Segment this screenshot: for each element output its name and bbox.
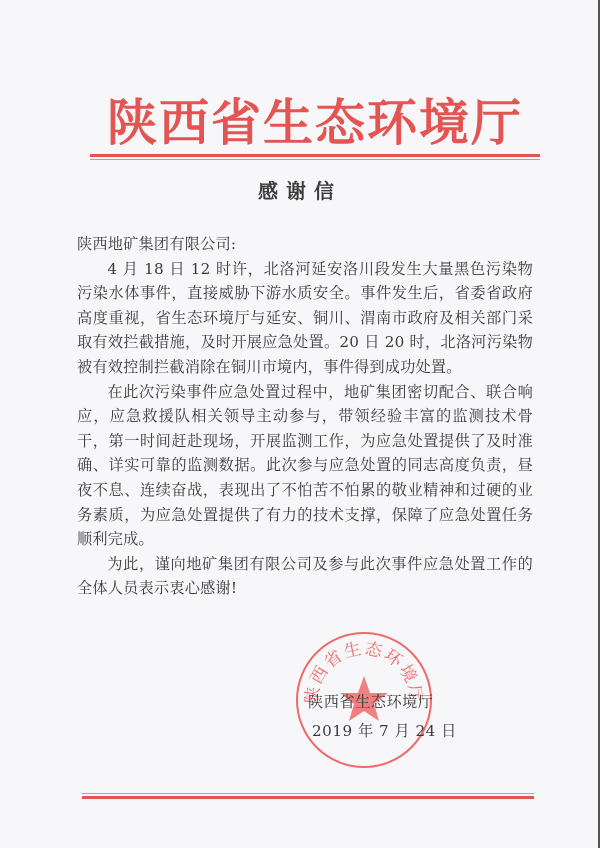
paragraph: 4 月 18 日 12 时许，北洛河延安洛川段发生大量黑色污染物污染水体事件，直… (77, 257, 533, 380)
letterhead-title: 陕西省生态环境厅 (90, 92, 540, 154)
letter-body: 陕西地矿集团有限公司: 4 月 18 日 12 时许，北洛河延安洛川段发生大量黑… (77, 232, 533, 601)
letterhead-rule (90, 154, 540, 160)
signature-date: 2019 年 7 月 24 日 (312, 720, 457, 741)
signature-organization: 陕西省生态环境厅 (308, 691, 434, 712)
paragraph: 为此，谨向地矿集团有限公司及参与此次事件应急处置工作的全体人员表示衷心感谢! (77, 552, 533, 601)
footer-rule (82, 793, 534, 799)
letter-title: 感谢信 (0, 175, 600, 204)
salutation: 陕西地矿集团有限公司: (77, 232, 533, 257)
paragraph: 在此次污染事件应急处置过程中，地矿集团密切配合、联合响应，应急救援队相关领导主动… (77, 380, 533, 552)
letter-page: 陕西省生态环境厅 感谢信 陕西地矿集团有限公司: 4 月 18 日 12 时许，… (0, 0, 600, 848)
